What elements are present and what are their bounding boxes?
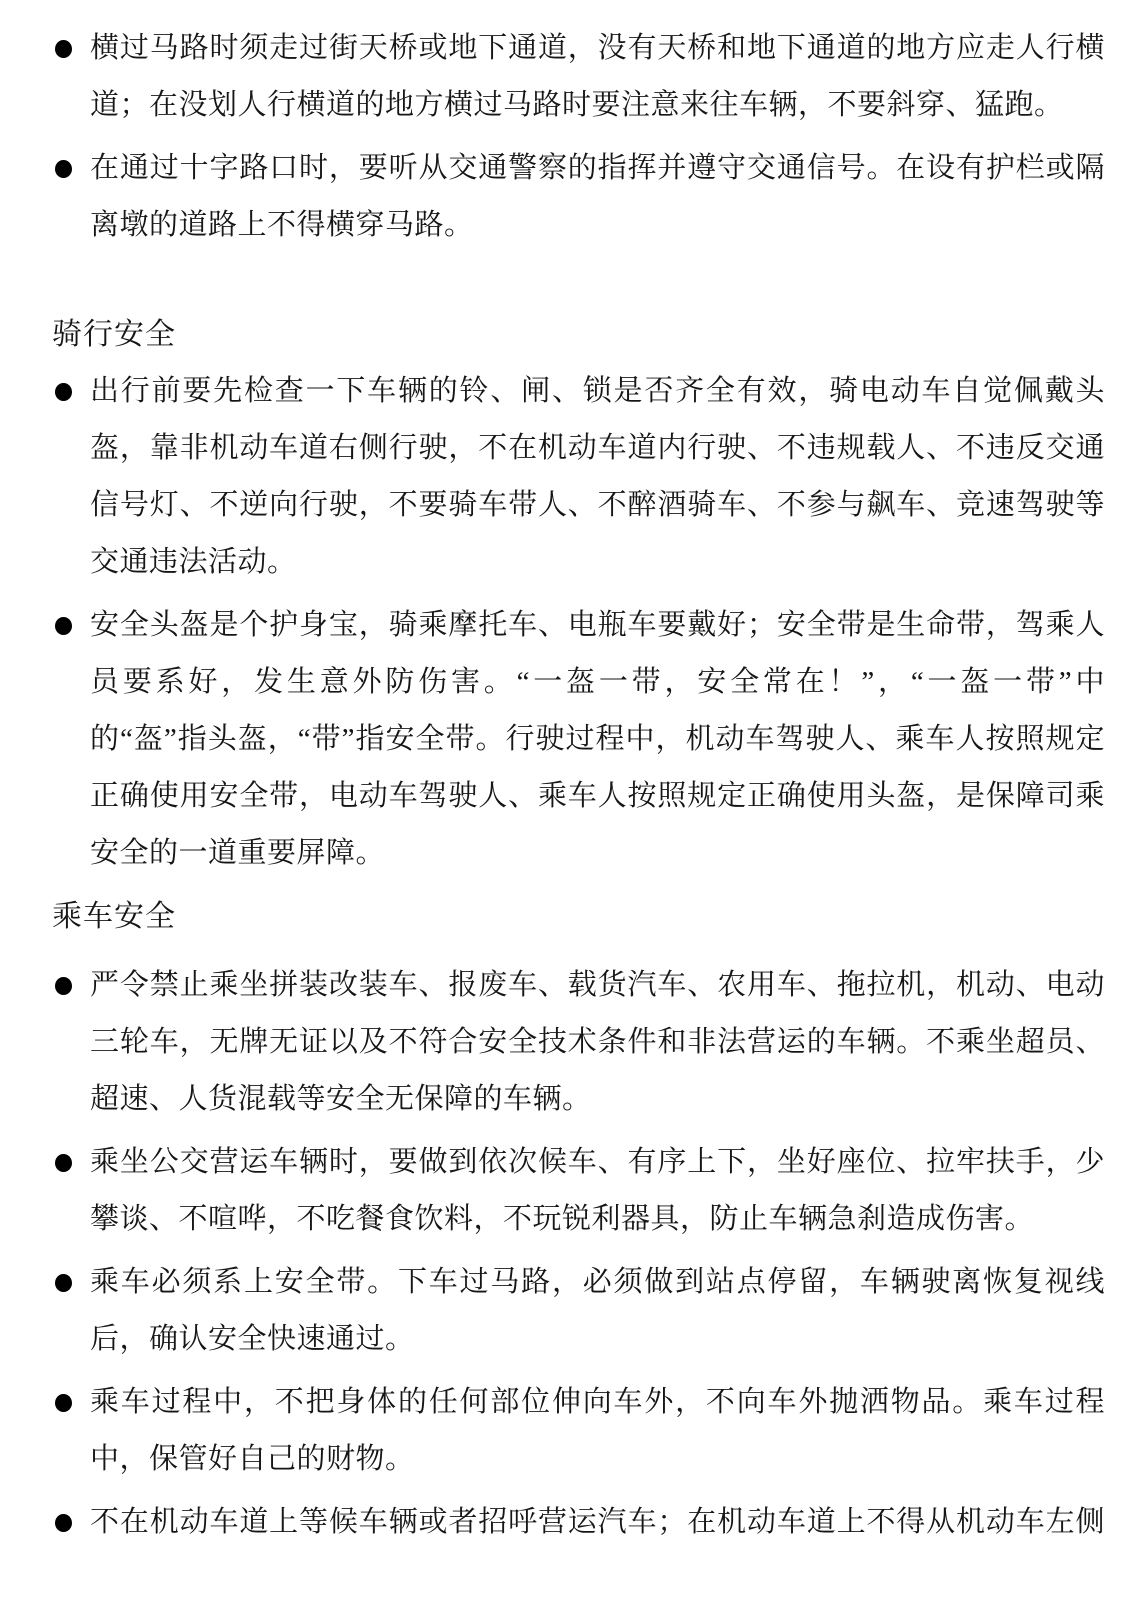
pedestrian-safety-list: 横过马路时须走过街天桥或地下通道，没有天桥和地下通道的地方应走人行横道；在没划人… [52,20,1105,254]
section-heading-cycling-safety: 骑行安全 [52,306,1105,363]
list-item: 横过马路时须走过街天桥或地下通道，没有天桥和地下通道的地方应走人行横道；在没划人… [52,20,1105,134]
bullet-icon [55,160,72,178]
section-heading-passenger-safety: 乘车安全 [52,888,1105,945]
cycling-safety-list: 出行前要先检查一下车辆的铃、闸、锁是否齐全有效，骑电动车自觉佩戴头盔，靠非机动车… [52,363,1105,882]
list-item: 乘车过程中，不把身体的任何部位伸向车外，不向车外抛洒物品。乘车过程中，保管好自己… [52,1374,1105,1488]
bullet-icon [55,977,72,995]
bullet-icon [55,1514,72,1532]
list-item-text: 安全头盔是个护身宝，骑乘摩托车、电瓶车要戴好；安全带是生命带，驾乘人员要系好，发… [90,609,1105,869]
document-page: 横过马路时须走过街天桥或地下通道，没有天桥和地下通道的地方应走人行横道；在没划人… [0,0,1131,1600]
bullet-icon [55,383,72,401]
list-item: 乘车必须系上安全带。下车过马路，必须做到站点停留，车辆驶离恢复视线后，确认安全快… [52,1254,1105,1368]
list-item: 出行前要先检查一下车辆的铃、闸、锁是否齐全有效，骑电动车自觉佩戴头盔，靠非机动车… [52,363,1105,591]
list-item-text: 出行前要先检查一下车辆的铃、闸、锁是否齐全有效，骑电动车自觉佩戴头盔，靠非机动车… [90,375,1105,578]
list-item-text: 不在机动车道上等候车辆或者招呼营运汽车；在机动车道上不得从机动车左侧 [90,1506,1105,1538]
list-item-text: 乘车过程中，不把身体的任何部位伸向车外，不向车外抛洒物品。乘车过程中，保管好自己… [90,1386,1105,1475]
list-item: 严令禁止乘坐拼装改装车、报废车、载货汽车、农用车、拖拉机，机动、电动三轮车，无牌… [52,957,1105,1128]
list-item-text: 严令禁止乘坐拼装改装车、报废车、载货汽车、农用车、拖拉机，机动、电动三轮车，无牌… [90,969,1105,1115]
bullet-icon [55,40,72,58]
bullet-icon [55,1394,72,1412]
passenger-safety-list: 严令禁止乘坐拼装改装车、报废车、载货汽车、农用车、拖拉机，机动、电动三轮车，无牌… [52,957,1105,1551]
bullet-icon [55,617,72,635]
list-item-text: 乘坐公交营运车辆时，要做到依次候车、有序上下，坐好座位、拉牢扶手，少攀谈、不喧哗… [90,1146,1105,1235]
list-item: 乘坐公交营运车辆时，要做到依次候车、有序上下，坐好座位、拉牢扶手，少攀谈、不喧哗… [52,1134,1105,1248]
list-item: 不在机动车道上等候车辆或者招呼营运汽车；在机动车道上不得从机动车左侧 [52,1494,1105,1551]
bullet-icon [55,1274,72,1292]
bullet-icon [55,1154,72,1172]
list-item-text: 在通过十字路口时，要听从交通警察的指挥并遵守交通信号。在设有护栏或隔离墩的道路上… [90,152,1105,241]
list-item-text: 乘车必须系上安全带。下车过马路，必须做到站点停留，车辆驶离恢复视线后，确认安全快… [90,1266,1105,1355]
list-item-text: 横过马路时须走过街天桥或地下通道，没有天桥和地下通道的地方应走人行横道；在没划人… [90,32,1105,121]
list-item: 在通过十字路口时，要听从交通警察的指挥并遵守交通信号。在设有护栏或隔离墩的道路上… [52,140,1105,254]
list-item: 安全头盔是个护身宝，骑乘摩托车、电瓶车要戴好；安全带是生命带，驾乘人员要系好，发… [52,597,1105,882]
